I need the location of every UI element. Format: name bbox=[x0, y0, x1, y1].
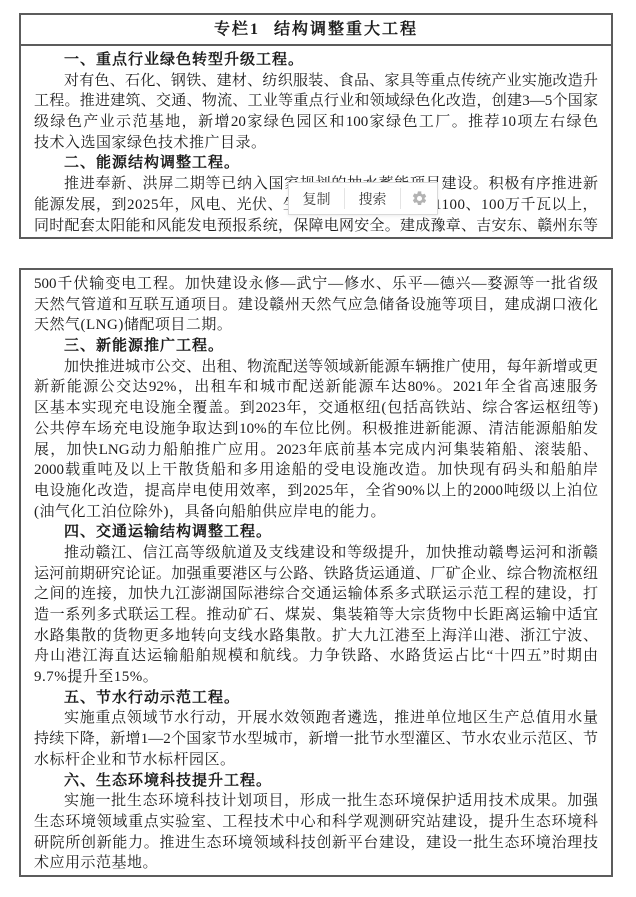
text-line: 电设施化改造，提高岸电使用效率，到2025年，全省90%以上的2000吨级以上泊… bbox=[34, 481, 598, 502]
text-line: 水标杆企业和节水标杆园区。 bbox=[34, 750, 598, 771]
text-line: 六、生态环境科技提升工程。 bbox=[34, 771, 598, 792]
text-line: (油气化工泊位除外)，具备向船舶供应岸电的能力。 bbox=[34, 502, 598, 523]
text-line: 造一系列多式联运工程。推动矿石、煤炭、集装箱等大宗货物中长距离运输中适宜 bbox=[34, 605, 598, 626]
selection-popup: 复制 搜索 bbox=[288, 182, 438, 215]
text-line: 加快推进城市公交、出租、物流配送等领域新能源车辆推广使用，每年新增或更 bbox=[34, 357, 598, 378]
text-line: 区基本实现充电设施全覆盖。到2023年，交通枢纽(包括高铁站、综合客运枢纽等) bbox=[34, 398, 598, 419]
text-line: 水路集散的货物更多地转向支线水路集散。扩大九江港至上海洋山港、浙江宁波、 bbox=[34, 626, 598, 647]
text-line: 推动赣江、信江高等级航道及支线建设和等级提升，加快推动赣粤运河和浙赣 bbox=[34, 543, 598, 564]
text-fragment-right: 1100、100万千瓦以上， bbox=[434, 195, 598, 216]
text-line: 四、交通运输结构调整工程。 bbox=[34, 522, 598, 543]
column-box-2: 500千伏输变电工程。加快建设永修—武宁—修水、乐平—德兴—婺源等一批省级天然气… bbox=[19, 268, 613, 877]
column-title: 专栏1结构调整重大工程 bbox=[21, 15, 611, 46]
text-line: 研院所创新能力。推进生态环境领域科技创新平台建设，建设一批生态环境治理技 bbox=[34, 833, 598, 854]
text-line: 实施重点领域节水行动，开展水效领跑者遴选，推进单位地区生产总值用水量 bbox=[34, 708, 598, 729]
text-line: 工程。推进建筑、交通、物流、工业等重点行业和领域绿色化改造，创建3—5个国家 bbox=[34, 91, 598, 112]
text-line: 术应用示范基地。 bbox=[34, 853, 598, 874]
text-line: 新新能源公交达92%，出租车和城市配送新能源车达80%。2021年全省高速服务 bbox=[34, 377, 598, 398]
text-line: 技术入选国家绿色技术推广目录。 bbox=[34, 133, 598, 154]
text-line: 一、重点行业绿色转型升级工程。 bbox=[34, 50, 598, 71]
text-line: 公共停车场充电设施争取达到10%的车位比例。积极推进新能源、清洁能源船舶发 bbox=[34, 419, 598, 440]
column-title-text: 结构调整重大工程 bbox=[274, 21, 418, 38]
text-line: 同时配套太阳能和风能发电预报系统，保障电网安全。建成豫章、吉安东、赣州东等 bbox=[34, 216, 598, 237]
text-line: 生态环境领域重点实验室、工程技术中心和科学观测研究站建设，提升生态环境科 bbox=[34, 812, 598, 833]
text-line: 舟山港江海直达运输船舶规模和航线。力争铁路、水路货运占比“十四五”时期由 bbox=[34, 646, 598, 667]
text-line: 天然气管道和互联互通项目。建设赣州天然气应急储备设施等项目，建成湖口液化 bbox=[34, 295, 598, 316]
text-line: 9.7%提升至15%。 bbox=[34, 667, 598, 688]
text-line: 500千伏输变电工程。加快建设永修—武宁—修水、乐平—德兴—婺源等一批省级 bbox=[34, 274, 598, 295]
text-line: 持续下降，新增1—2个国家节水型城市，新增一批节水型灌区、节水农业示范区、节 bbox=[34, 729, 598, 750]
page: { "colors": { "box_border": "#5c5c5c", "… bbox=[0, 0, 636, 897]
search-button[interactable]: 搜索 bbox=[345, 183, 400, 214]
text-fragment-left: 能源发展，到2025年，风电、光伏、生物质 bbox=[34, 195, 330, 216]
text-line: 二、能源结构调整工程。 bbox=[34, 153, 598, 174]
text-line: 运河前期研究论证。加强重要港区与公路、铁路货运通道、厂矿企业、综合物流枢纽 bbox=[34, 564, 598, 585]
text-line: 级绿色产业示范基地，新增20家绿色园区和100家绿色工厂。推荐10项左右绿色 bbox=[34, 112, 598, 133]
text-line: 天然气(LNG)储配项目二期。 bbox=[34, 315, 598, 336]
settings-button[interactable] bbox=[401, 183, 437, 214]
text-line: 对有色、石化、钢铁、建材、纺织服装、食品、家具等重点传统产业实施改造升级 bbox=[34, 71, 598, 92]
text-line: 实施一批生态环境科技计划项目，形成一批生态环境保护适用技术成果。加强 bbox=[34, 791, 598, 812]
copy-button[interactable]: 复制 bbox=[289, 183, 344, 214]
text-line: 三、新能源推广工程。 bbox=[34, 336, 598, 357]
text-line: 之间的连接，加快九江澎湖国际港综合交通运输体系多式联运示范工程的建设，打 bbox=[34, 584, 598, 605]
column-title-label: 专栏1 bbox=[214, 21, 260, 38]
text-line: 五、节水行动示范工程。 bbox=[34, 688, 598, 709]
text-line: 展，加快LNG动力船舶推广应用。2023年底前基本完成内河集装箱船、滚装船、 bbox=[34, 440, 598, 461]
column-box-2-body: 500千伏输变电工程。加快建设永修—武宁—修水、乐平—德兴—婺源等一批省级天然气… bbox=[21, 270, 611, 874]
text-line: 2000载重吨及以上干散货船和多用途船的受电设施改造。加快现有码头和船舶岸 bbox=[34, 460, 598, 481]
gear-icon bbox=[411, 190, 428, 207]
